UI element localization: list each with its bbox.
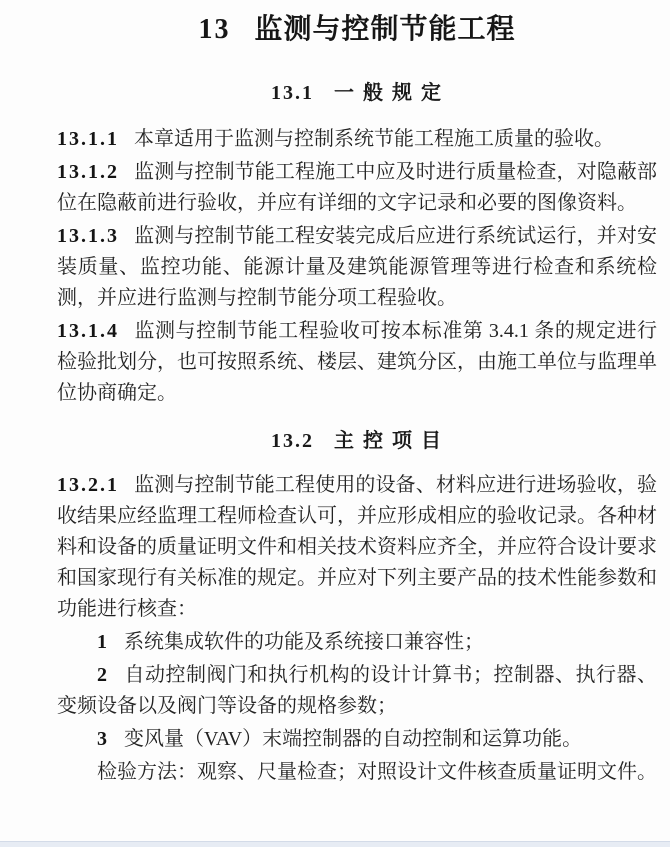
section-heading-13-1: 13.1一 般 规 定 [57,78,657,108]
chapter-number: 13 [198,14,230,45]
item-number: 3 [97,728,109,750]
list-item-1: 1系统集成软件的功能及系统接口兼容性； [57,627,657,658]
section-number: 13.1 [271,82,314,104]
chapter-heading: 13监测与控制节能工程 [57,8,657,52]
document-page: 13监测与控制节能工程 13.1一 般 规 定 13.1.1本章适用于监测与控制… [0,0,670,847]
section-title: 主 控 项 目 [334,430,443,452]
clause-number: 13.1.3 [57,225,119,247]
clause-number: 13.1.1 [57,128,119,150]
clause-13-1-2: 13.1.2监测与控制节能工程施工中应及时进行质量检查，对隐蔽部位在隐蔽前进行验… [57,157,657,219]
clause-number: 13.1.4 [57,320,119,342]
clause-text: 监测与控制节能工程安装完成后应进行系统试运行，并对安装质量、监控功能、能源计量及… [57,225,657,309]
clause-number: 13.2.1 [57,474,119,496]
item-text: 系统集成软件的功能及系统接口兼容性； [124,631,484,653]
clause-13-1-1: 13.1.1本章适用于监测与控制系统节能工程施工质量的验收。 [57,124,657,155]
clause-text: 监测与控制节能工程施工中应及时进行质量检查，对隐蔽部位在隐蔽前进行验收，并应有详… [57,161,657,214]
inspection-method-line: 检验方法：观察、尺量检查；对照设计文件核查质量证明文件。 [57,757,657,788]
item-text: 变风量（VAV）末端控制器的自动控制和运算功能。 [124,728,582,750]
clause-13-2-1: 13.2.1监测与控制节能工程使用的设备、材料应进行进场验收，验收结果应经监理工… [57,470,657,625]
section-title: 一 般 规 定 [334,82,443,104]
list-item-3: 3变风量（VAV）末端控制器的自动控制和运算功能。 [57,724,657,755]
item-text: 自动控制阀门和执行机构的设计计算书；控制器、执行器、变频设备以及阀门等设备的规格… [57,664,657,717]
section-number: 13.2 [271,430,314,452]
section-heading-13-2: 13.2主 控 项 目 [57,426,657,456]
clause-13-1-3: 13.1.3监测与控制节能工程安装完成后应进行系统试运行，并对安装质量、监控功能… [57,221,657,314]
page-bottom-edge [0,841,670,847]
clause-number: 13.1.2 [57,161,119,183]
clause-text: 监测与控制节能工程使用的设备、材料应进行进场验收，验收结果应经监理工程师检查认可… [57,474,657,620]
item-number: 2 [97,664,109,686]
clause-text: 本章适用于监测与控制系统节能工程施工质量的验收。 [134,128,614,150]
clause-13-1-4: 13.1.4监测与控制节能工程验收可按本标准第 3.4.1 条的规定进行检验批划… [57,316,657,409]
list-item-2: 2自动控制阀门和执行机构的设计计算书；控制器、执行器、变频设备以及阀门等设备的规… [57,660,657,722]
clause-text: 监测与控制节能工程验收可按本标准第 3.4.1 条的规定进行检验批划分，也可按照… [57,320,657,404]
chapter-title: 监测与控制节能工程 [254,14,515,45]
item-number: 1 [97,631,109,653]
